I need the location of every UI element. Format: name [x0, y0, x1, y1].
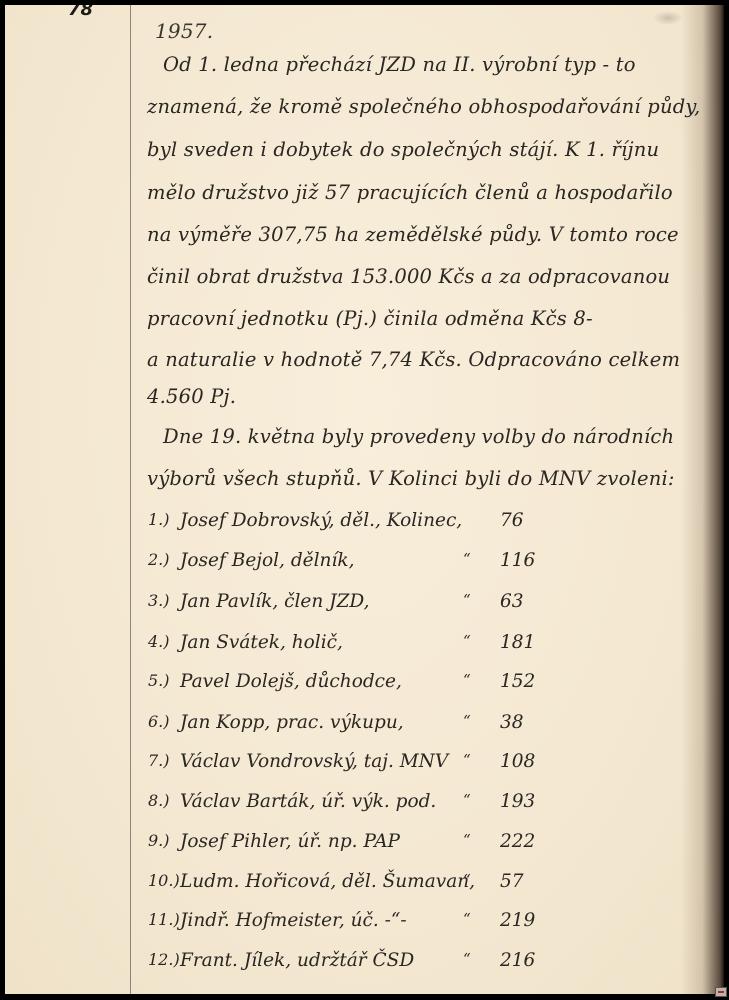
house-number: 116 — [500, 550, 535, 571]
ditto-mark: “ — [463, 831, 471, 849]
ditto-mark: “ — [463, 751, 471, 769]
item-number: 6.) — [148, 712, 170, 731]
list-item: 3.) Jan Pavlík, člen JZD, “ 63 — [148, 591, 578, 621]
member-name: Josef Pihler, úř. np. PAP — [180, 831, 400, 852]
paragraph-1-line-2: znamená, že kromě společného obhospodařo… — [147, 95, 700, 118]
house-number: 76 — [500, 510, 524, 531]
item-number: 12.) — [148, 950, 180, 969]
house-number: 181 — [500, 632, 535, 653]
ditto-mark: “ — [463, 671, 471, 689]
member-name: Jan Pavlík, člen JZD, — [180, 591, 370, 612]
item-number: 8.) — [148, 791, 170, 810]
house-number: 57 — [500, 871, 524, 892]
list-item: 4.) Jan Svátek, holič, “ 181 — [148, 632, 578, 662]
ink-smudge — [653, 11, 683, 25]
member-name: Pavel Dolejš, důchodce, — [180, 671, 402, 692]
list-item: 1.) Josef Dobrovský, děl., Kolinec, 76 — [148, 510, 578, 540]
ditto-mark: “ — [463, 712, 471, 730]
ditto-mark: “ — [463, 632, 471, 650]
item-number: 10.) — [148, 871, 180, 890]
paragraph-1-line-5: na výměře 307,75 ha zemědělské půdy. V t… — [147, 223, 679, 246]
item-number: 4.) — [148, 632, 170, 651]
member-name: Václav Barták, úř. výk. pod. — [180, 791, 436, 812]
list-item: 11.) Jindř. Hofmeister, úč. -“- “ 219 — [148, 910, 578, 940]
scanned-page: 78 1957. Od 1. ledna přechází JZD na II.… — [5, 5, 724, 994]
ditto-mark: “ — [463, 591, 471, 609]
member-name: Jindř. Hofmeister, úč. -“- — [180, 910, 407, 931]
item-number: 5.) — [148, 671, 170, 690]
item-number: 3.) — [148, 591, 170, 610]
minimize-icon[interactable] — [715, 987, 727, 997]
house-number: 193 — [500, 791, 535, 812]
ditto-mark: “ — [463, 910, 471, 928]
member-name: Frant. Jílek, udržtář ČSD — [180, 950, 414, 971]
item-number: 11.) — [148, 910, 180, 929]
list-item: 12.) Frant. Jílek, udržtář ČSD “ 216 — [148, 950, 578, 980]
ditto-mark: “ — [463, 871, 471, 889]
house-number: 38 — [500, 712, 524, 733]
member-name: Václav Vondrovský, taj. MNV — [180, 751, 448, 772]
list-item: 2.) Josef Bejol, dělník, “ 116 — [148, 550, 578, 580]
house-number: 222 — [500, 831, 535, 852]
list-item: 6.) Jan Kopp, prac. výkupu, “ 38 — [148, 712, 578, 742]
page-number: 78 — [68, 5, 93, 20]
list-item: 7.) Václav Vondrovský, taj. MNV “ 108 — [148, 751, 578, 781]
paragraph-2-line-2: výborů všech stupňů. V Kolinci byli do M… — [147, 467, 675, 490]
house-number: 108 — [500, 751, 535, 772]
paragraph-1-line-3: byl sveden i dobytek do společných stájí… — [147, 138, 659, 161]
paragraph-2-line-1: Dne 19. května byly provedeny volby do n… — [163, 425, 674, 448]
ditto-mark: “ — [463, 950, 471, 968]
item-number: 1.) — [148, 510, 170, 529]
house-number: 63 — [500, 591, 524, 612]
ditto-mark: “ — [463, 550, 471, 568]
member-name: Ludm. Hořicová, děl. Šumavan, — [180, 871, 475, 892]
member-name: Jan Svátek, holič, — [180, 632, 343, 653]
list-item: 9.) Josef Pihler, úř. np. PAP “ 222 — [148, 831, 578, 861]
list-item: 8.) Václav Barták, úř. výk. pod. “ 193 — [148, 791, 578, 821]
item-number: 7.) — [148, 751, 170, 770]
paragraph-1-line-6: činil obrat družstva 153.000 Kčs a za od… — [147, 265, 670, 288]
paragraph-1-line-1: Od 1. ledna přechází JZD na II. výrobní … — [163, 53, 636, 76]
item-number: 2.) — [148, 550, 170, 569]
paragraph-1-line-8: a naturalie v hodnotě 7,74 Kčs. Odpracov… — [147, 348, 680, 371]
house-number: 216 — [500, 950, 535, 971]
member-name: Jan Kopp, prac. výkupu, — [180, 712, 404, 733]
house-number: 152 — [500, 671, 535, 692]
member-name: Josef Dobrovský, děl., Kolinec, — [180, 510, 462, 531]
member-name: Josef Bejol, dělník, — [180, 550, 354, 571]
paragraph-1-line-4: mělo družstvo již 57 pracujících členů a… — [147, 181, 673, 204]
paragraph-1-line-7: pracovní jednotku (Pj.) činila odměna Kč… — [147, 307, 593, 330]
list-item: 10.) Ludm. Hořicová, děl. Šumavan, “ 57 — [148, 871, 578, 901]
year-heading: 1957. — [155, 19, 213, 43]
margin-rule — [130, 5, 131, 994]
ditto-mark: “ — [463, 791, 471, 809]
house-number: 219 — [500, 910, 535, 931]
list-item: 5.) Pavel Dolejš, důchodce, “ 152 — [148, 671, 578, 701]
paragraph-1-line-9: 4.560 Pj. — [147, 385, 236, 408]
item-number: 9.) — [148, 831, 170, 850]
